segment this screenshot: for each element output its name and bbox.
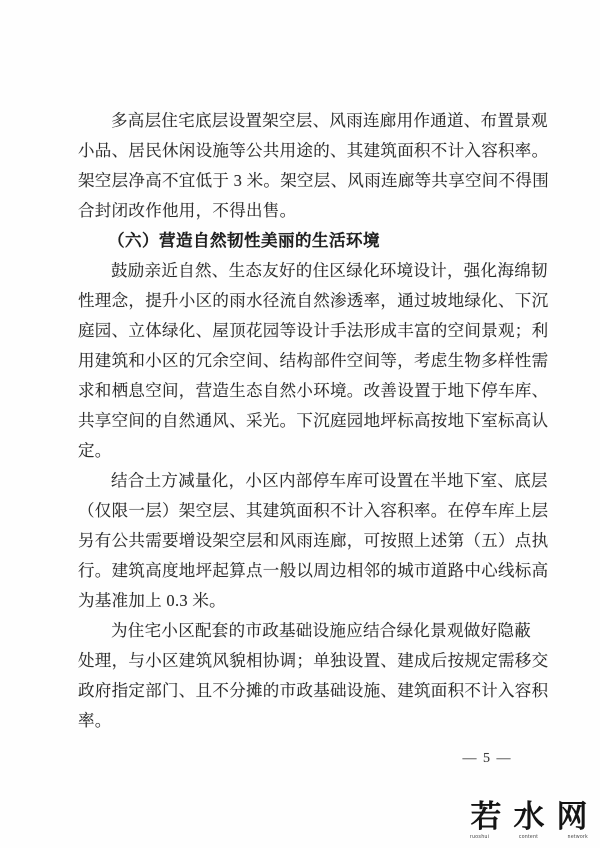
text-line: 架空层净高不宜低于 3 米。架空层、风雨连廊等共享空间不得围 bbox=[78, 166, 522, 196]
paragraph-shared-space: 多高层住宅底层设置架空层、风雨连廊用作通道、布置景观 小品、居民休闲设施等公共用… bbox=[78, 106, 522, 226]
watermark-logo-text: 若水网 bbox=[470, 801, 600, 833]
text-line: 性理念，提升小区的雨水径流自然渗透率，通过坡地绿化、下沉 bbox=[78, 286, 522, 316]
paragraph-green-environment: 鼓励亲近自然、生态友好的住区绿化环境设计，强化海绵韧 性理念，提升小区的雨水径流… bbox=[78, 256, 522, 466]
text-line: 多高层住宅底层设置架空层、风雨连廊用作通道、布置景观 bbox=[78, 106, 522, 136]
page-number: — 5 — bbox=[463, 748, 513, 770]
text-line: 共享空间的自然通风、采光。下沉庭园地坪标高按地下室标高认 bbox=[78, 406, 522, 436]
text-line: 行。建筑高度地坪起算点一般以周边相邻的城市道路中心线标高 bbox=[78, 556, 522, 586]
text-line: 政府指定部门、且不分摊的市政基础设施、建筑面积不计入容积 bbox=[78, 676, 522, 706]
text-line: 鼓励亲近自然、生态友好的住区绿化环境设计，强化海绵韧 bbox=[78, 256, 522, 286]
paragraph-municipal-facilities: 为住宅小区配套的市政基础设施应结合绿化景观做好隐蔽 处理，与小区建筑风貌相协调；… bbox=[78, 616, 522, 736]
text-line: 结合土方减量化，小区内部停车库可设置在半地下室、底层 bbox=[78, 466, 522, 496]
text-line: 处理，与小区建筑风貌相协调；单独设置、建成后按规定需移交 bbox=[78, 646, 522, 676]
text-line: 为住宅小区配套的市政基础设施应结合绿化景观做好隐蔽 bbox=[78, 616, 522, 646]
text-line: 小品、居民休闲设施等公共用途的、其建筑面积不计入容积率。 bbox=[78, 136, 522, 166]
text-line: 求和栖息空间，营造生态自然小环境。改善设置于地下停车库、 bbox=[78, 376, 522, 406]
text-line: 率。 bbox=[78, 706, 522, 736]
text-line: 合封闭改作他用，不得出售。 bbox=[78, 196, 522, 226]
document-page: 多高层住宅底层设置架空层、风雨连廊用作通道、布置景观 小品、居民休闲设施等公共用… bbox=[0, 0, 600, 848]
text-line: 庭园、立体绿化、屋顶花园等设计手法形成丰富的空间景观；利 bbox=[78, 316, 522, 346]
watermark: 若水网 ruoshui content network bbox=[470, 801, 588, 840]
paragraph-parking-garage: 结合土方减量化，小区内部停车库可设置在半地下室、底层 （仅限一层）架空层、其建筑… bbox=[78, 466, 522, 616]
watermark-caption: ruoshui content network bbox=[470, 834, 588, 840]
section-heading-six: （六）营造自然韧性美丽的生活环境 bbox=[78, 226, 522, 256]
text-line: 定。 bbox=[78, 436, 522, 466]
document-content: 多高层住宅底层设置架空层、风雨连廊用作通道、布置景观 小品、居民休闲设施等公共用… bbox=[78, 106, 522, 736]
text-line: 为基准加上 0.3 米。 bbox=[78, 586, 522, 616]
text-line: 用建筑和小区的冗余空间、结构部件空间等，考虑生物多样性需 bbox=[78, 346, 522, 376]
text-line: 另有公共需要增设架空层和风雨连廊，可按照上述第（五）点执 bbox=[78, 526, 522, 556]
text-line: （仅限一层）架空层、其建筑面积不计入容积率。在停车库上层 bbox=[78, 496, 522, 526]
